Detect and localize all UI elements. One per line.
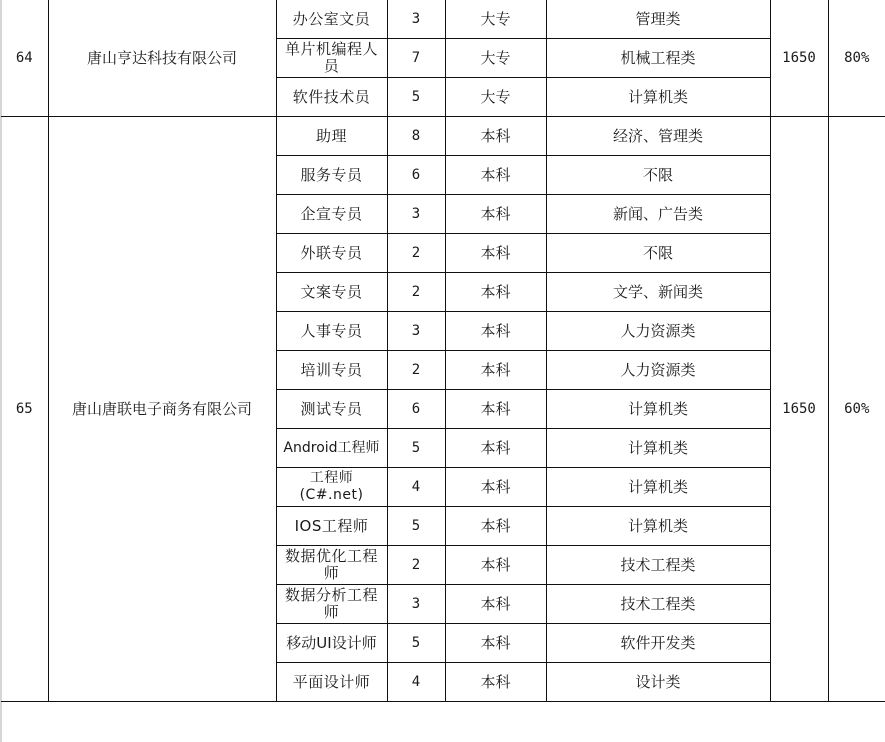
education-requirement: 大专 (445, 39, 546, 78)
major-requirement: 管理类 (546, 0, 770, 39)
education-requirement: 大专 (445, 0, 546, 39)
position-count: 2 (387, 234, 445, 273)
position-count: 4 (387, 468, 445, 507)
position-title: 办公室文员 (276, 0, 387, 39)
major-requirement: 计算机类 (546, 78, 770, 117)
position-count: 2 (387, 351, 445, 390)
major-requirement: 计算机类 (546, 429, 770, 468)
company-number: 64 (1, 0, 48, 117)
position-count: 2 (387, 273, 445, 312)
position-count: 6 (387, 390, 445, 429)
position-count: 2 (387, 546, 445, 585)
position-title: 单片机编程人员 (276, 39, 387, 78)
education-requirement: 本科 (445, 390, 546, 429)
rate: 60% (828, 117, 885, 702)
position-title: 数据分析工程师 (276, 585, 387, 624)
major-requirement: 技术工程类 (546, 585, 770, 624)
education-requirement: 本科 (445, 351, 546, 390)
education-requirement: 本科 (445, 546, 546, 585)
major-requirement: 不限 (546, 234, 770, 273)
major-requirement: 文学、新闻类 (546, 273, 770, 312)
position-title: 人事专员 (276, 312, 387, 351)
position-count: 7 (387, 39, 445, 78)
salary: 1650 (770, 0, 828, 117)
position-count: 5 (387, 78, 445, 117)
position-count: 3 (387, 585, 445, 624)
education-requirement: 大专 (445, 78, 546, 117)
position-count: 6 (387, 156, 445, 195)
position-title: Android工程师 (276, 429, 387, 468)
position-title: 数据优化工程师 (276, 546, 387, 585)
education-requirement: 本科 (445, 273, 546, 312)
education-requirement: 本科 (445, 117, 546, 156)
position-count: 8 (387, 117, 445, 156)
table-row: 64 唐山亨达科技有限公司 办公室文员 3 大专 管理类 1650 80% (1, 0, 885, 39)
major-requirement: 计算机类 (546, 507, 770, 546)
education-requirement: 本科 (445, 234, 546, 273)
company-name: 唐山唐联电子商务有限公司 (48, 117, 276, 702)
position-count: 5 (387, 429, 445, 468)
education-requirement: 本科 (445, 624, 546, 663)
position-title: 外联专员 (276, 234, 387, 273)
position-count: 3 (387, 0, 445, 39)
position-title: 培训专员 (276, 351, 387, 390)
education-requirement: 本科 (445, 507, 546, 546)
position-title: 工程师(C#.net) (276, 468, 387, 507)
major-requirement: 技术工程类 (546, 546, 770, 585)
major-requirement: 机械工程类 (546, 39, 770, 78)
position-title: 平面设计师 (276, 663, 387, 702)
salary: 1650 (770, 117, 828, 702)
position-count: 3 (387, 195, 445, 234)
position-title: 服务专员 (276, 156, 387, 195)
major-requirement: 人力资源类 (546, 312, 770, 351)
major-requirement: 计算机类 (546, 390, 770, 429)
education-requirement: 本科 (445, 195, 546, 234)
education-requirement: 本科 (445, 468, 546, 507)
company-name: 唐山亨达科技有限公司 (48, 0, 276, 117)
position-title: IOS工程师 (276, 507, 387, 546)
position-count: 4 (387, 663, 445, 702)
major-requirement: 设计类 (546, 663, 770, 702)
major-requirement: 人力资源类 (546, 351, 770, 390)
major-requirement: 计算机类 (546, 468, 770, 507)
position-count: 5 (387, 624, 445, 663)
job-listings-table: 64 唐山亨达科技有限公司 办公室文员 3 大专 管理类 1650 80% 单片… (1, 0, 885, 702)
education-requirement: 本科 (445, 312, 546, 351)
position-title: 文案专员 (276, 273, 387, 312)
position-title: 助理 (276, 117, 387, 156)
education-requirement: 本科 (445, 156, 546, 195)
education-requirement: 本科 (445, 585, 546, 624)
position-title: 移动UI设计师 (276, 624, 387, 663)
major-requirement: 经济、管理类 (546, 117, 770, 156)
rate: 80% (828, 0, 885, 117)
major-requirement: 新闻、广告类 (546, 195, 770, 234)
position-title: 企宣专员 (276, 195, 387, 234)
major-requirement: 软件开发类 (546, 624, 770, 663)
major-requirement: 不限 (546, 156, 770, 195)
table-row: 65 唐山唐联电子商务有限公司 助理 8 本科 经济、管理类 1650 60% (1, 117, 885, 156)
position-count: 5 (387, 507, 445, 546)
education-requirement: 本科 (445, 429, 546, 468)
position-title: 软件技术员 (276, 78, 387, 117)
position-title: 测试专员 (276, 390, 387, 429)
education-requirement: 本科 (445, 663, 546, 702)
company-number: 65 (1, 117, 48, 702)
position-count: 3 (387, 312, 445, 351)
